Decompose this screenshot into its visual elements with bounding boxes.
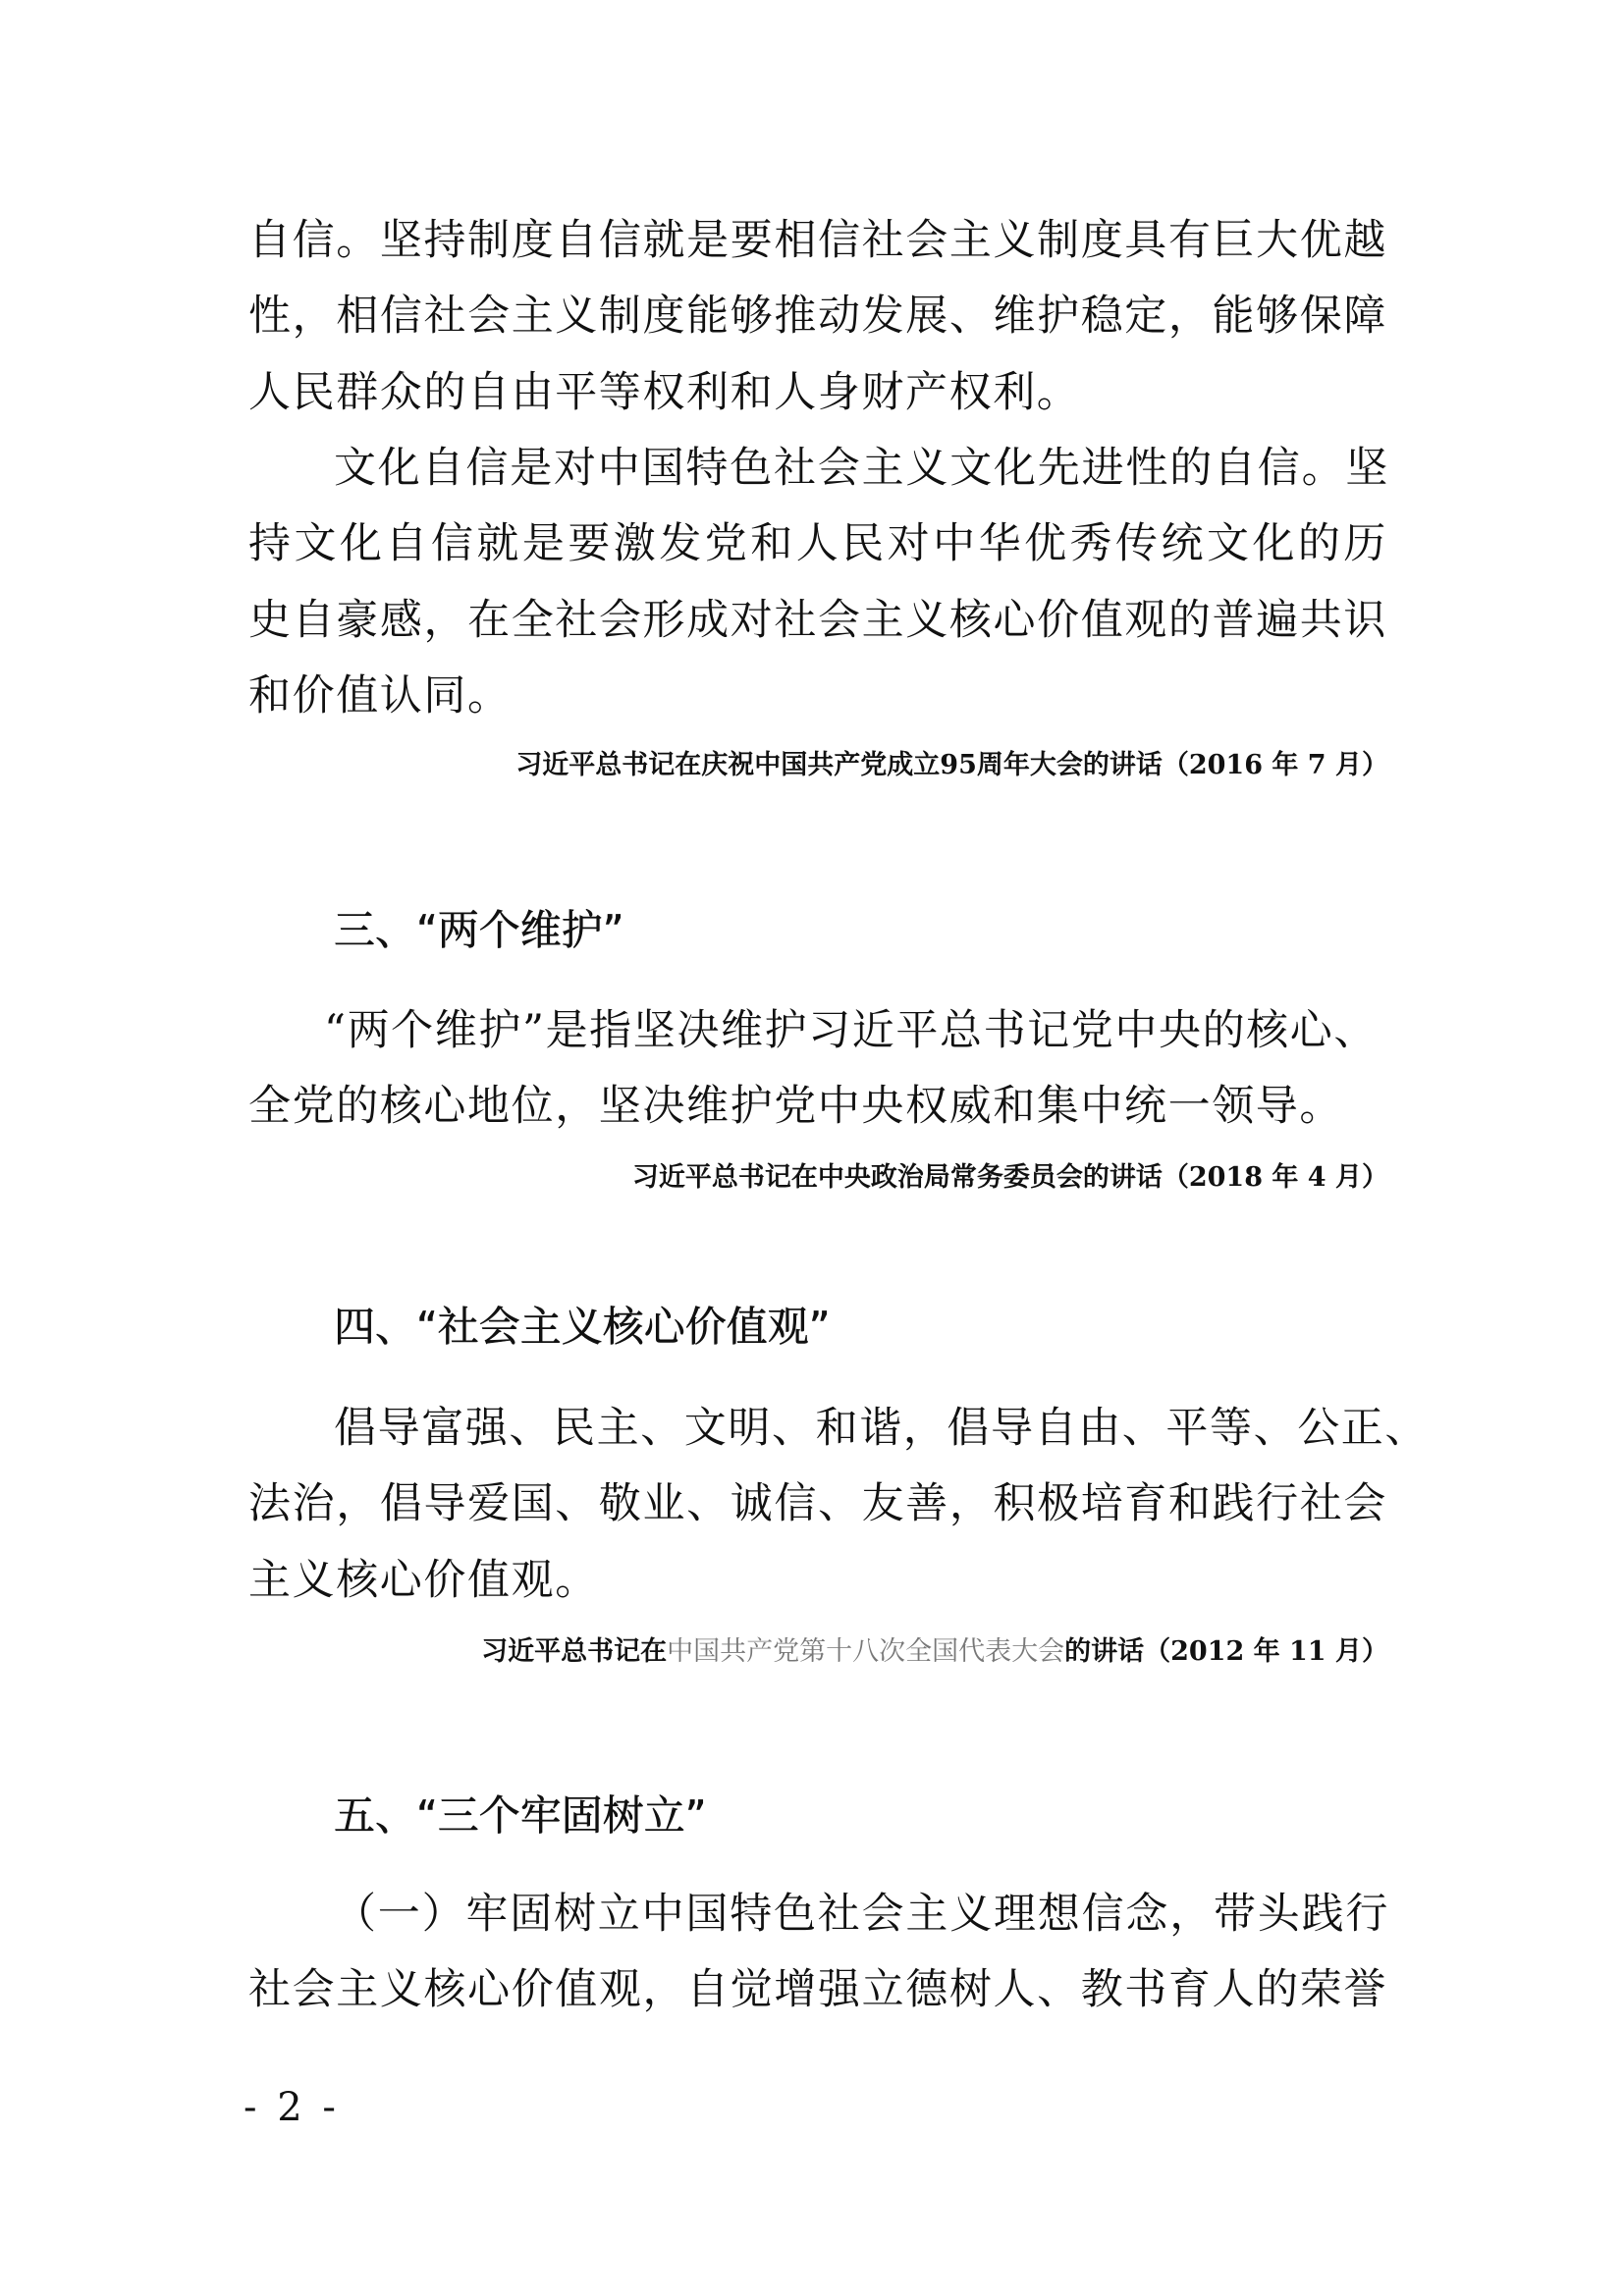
- body-line: 自信。坚持制度自信就是要相信社会主义制度具有巨大优越: [248, 213, 1387, 268]
- body-line: 法治，倡导爱国、敬业、诚信、友善，积极培育和践行社会: [248, 1476, 1387, 1531]
- body-line: 主义核心价值观。: [248, 1553, 1387, 1608]
- body-line: 史自豪感，在全社会形成对社会主义核心价值观的普遍共识: [248, 593, 1387, 648]
- body-line: “两个维护”是指坚决维护习近平总书记党中央的核心、: [324, 1003, 1404, 1058]
- body-line: 社会主义核心价值观，自觉增强立德树人、教书育人的荣誉: [248, 1962, 1387, 2017]
- body-line: 倡导富强、民主、文明、和谐，倡导自由、平等、公正、: [334, 1401, 1389, 1456]
- section-heading: 四、“社会主义核心价值观”: [334, 1300, 831, 1355]
- section-heading: 三、“两个维护”: [334, 903, 624, 958]
- body-line: 持文化自信就是要激发党和人民对中华优秀传统文化的历: [248, 516, 1387, 571]
- body-line: 性，相信社会主义制度能够推动发展、维护稳定，能够保障: [248, 289, 1387, 344]
- citation-speaker: 习近平总书记在: [481, 1636, 667, 1667]
- citation: 习近平总书记在中央政治局常务委员会的讲话（2018 年 4 月）: [632, 1160, 1388, 1196]
- body-line: 文化自信是对中国特色社会主义文化先进性的自信。坚: [334, 441, 1389, 496]
- body-line: 全党的核心地位，坚决维护党中央权威和集中统一领导。: [248, 1079, 1387, 1134]
- citation-date: 的讲话（2012 年 11 月）: [1064, 1636, 1388, 1667]
- citation-event: 中国共产党第十八次全国代表大会: [667, 1636, 1064, 1667]
- page-number: - 2 -: [244, 2083, 340, 2132]
- body-line: 和价值认同。: [248, 668, 1387, 723]
- citation: 习近平总书记在中国共产党第十八次全国代表大会的讲话（2012 年 11 月）: [481, 1634, 1388, 1670]
- citation: 习近平总书记在庆祝中国共产党成立95周年大会的讲话（2016 年 7 月）: [515, 748, 1388, 783]
- body-line: 人民群众的自由平等权利和人身财产权利。: [248, 365, 1387, 420]
- section-heading: 五、“三个牢固树立”: [334, 1789, 707, 1843]
- body-line: （一）牢固树立中国特色社会主义理想信念，带头践行: [334, 1887, 1389, 1942]
